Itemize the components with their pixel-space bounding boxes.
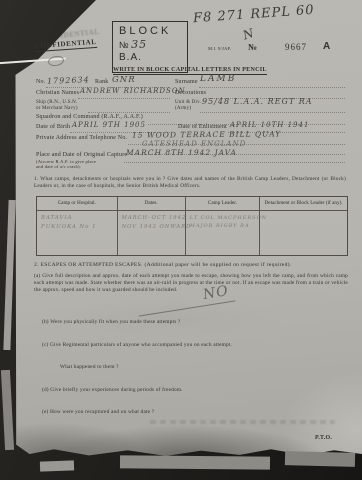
ship-label-line1: Ship (R.N., U.S.N.	[36, 100, 77, 105]
no-label: No.	[36, 79, 45, 85]
question-2c-text: (c) Give Regimental particulars of anyon…	[42, 342, 232, 348]
surname-label: Surname	[175, 79, 198, 85]
question-2-heading: 2. ESCAPES OR ATTEMPTED ESCAPES. (Additi…	[34, 262, 292, 268]
dotted-line	[88, 104, 170, 113]
table-cell-detachment	[260, 211, 347, 255]
torn-paper-shard	[285, 451, 355, 467]
leader-entry-line2: MAJOR RIGBY RA	[190, 222, 255, 231]
mi9-suffix: A	[323, 41, 330, 52]
table-header-detachment: Detachment or Block Leader (if any).	[260, 197, 347, 211]
torn-paper-shard	[1, 370, 14, 450]
camps-table: Camp or Hospital. Dates. Camp Leader. De…	[36, 196, 348, 256]
address-label: Private Address and Telephone No.	[36, 135, 127, 141]
bleed-through-text	[150, 420, 335, 424]
pto-label: P.T.O.	[315, 435, 332, 441]
instruction-line: WRITE IN BLOCK CAPITAL LETTERS IN PENCIL	[113, 66, 267, 75]
squadron-label: Squadron and Command (R.A.F., A.A.F.)	[36, 114, 143, 120]
question-2c2-text: What happened to them ?	[60, 364, 119, 370]
block-stamp-ba: B.A.	[119, 52, 181, 63]
dotted-line	[78, 90, 170, 99]
dates-entry-line2: NOV 1942 ONWARD	[122, 223, 181, 232]
block-stamp-no-label: №	[119, 40, 129, 50]
question-2d-text: (d) Give briefly your experiences during…	[42, 387, 183, 393]
question-1-text: 1. What camps, detachments or hospitals …	[34, 176, 346, 190]
block-stamp-no-value: 35	[131, 38, 147, 51]
table-cell-dates: MARCH–OCT 1942 NOV 1942 ONWARD	[118, 211, 186, 255]
question-2a-text: (a) Give full description and approx. da…	[34, 273, 348, 294]
table-header-dates: Dates.	[118, 197, 186, 211]
torn-paper-shard	[3, 200, 15, 350]
question-2b-text: (b) Were you physically fit when you mad…	[42, 319, 180, 325]
unit-label-line1: Unit & Div.	[175, 100, 201, 105]
ship-label-line2: or Merchant Navy)	[36, 106, 78, 111]
mi9-prefix: M.I. 9/JAP.	[208, 46, 231, 51]
table-header-leader: Camp Leader.	[186, 197, 260, 211]
table-header-camp: Camp or Hospital.	[37, 197, 118, 211]
table-cell-camp: BATAVIA FUKUOKA No 1	[37, 211, 118, 255]
dotted-line	[199, 79, 345, 88]
capture-note-line2: and date of a/c crash).	[36, 164, 81, 169]
capture-label: Place and Date of Original Capture	[36, 152, 127, 158]
unit-label-line2: (Army)	[175, 106, 191, 111]
dotted-line	[200, 104, 345, 113]
table-cell-leader: LT COL MACPHERSON MAJOR RIGBY RA	[186, 211, 260, 255]
torn-paper-shard	[120, 455, 270, 469]
decorations-label: Decorations	[175, 90, 206, 96]
block-stamp-word: BLOCK	[119, 25, 181, 37]
scanned-document: F8 271 REPL 60 N CONFIDENTIAL CONFIDENTI…	[0, 0, 362, 480]
leader-entry-line1: LT COL MACPHERSON	[190, 214, 255, 223]
question-2e-text: (e) How were you recaptured and on what …	[42, 409, 154, 415]
date-of-birth-label: Date of Birth	[36, 124, 70, 130]
camp-entry-line2: FUKUOKA No 1	[41, 223, 113, 232]
dotted-line	[124, 154, 345, 163]
torn-paper-shard	[40, 460, 74, 471]
christian-names-label: Christian Names	[36, 90, 79, 96]
mi9-no-symbol: №	[248, 42, 257, 52]
dates-entry-line1: MARCH–OCT 1942	[122, 214, 181, 223]
mi9-number: 9667	[285, 42, 307, 52]
camp-entry-line1: BATAVIA	[41, 214, 113, 223]
rank-label: Rank	[95, 79, 108, 85]
